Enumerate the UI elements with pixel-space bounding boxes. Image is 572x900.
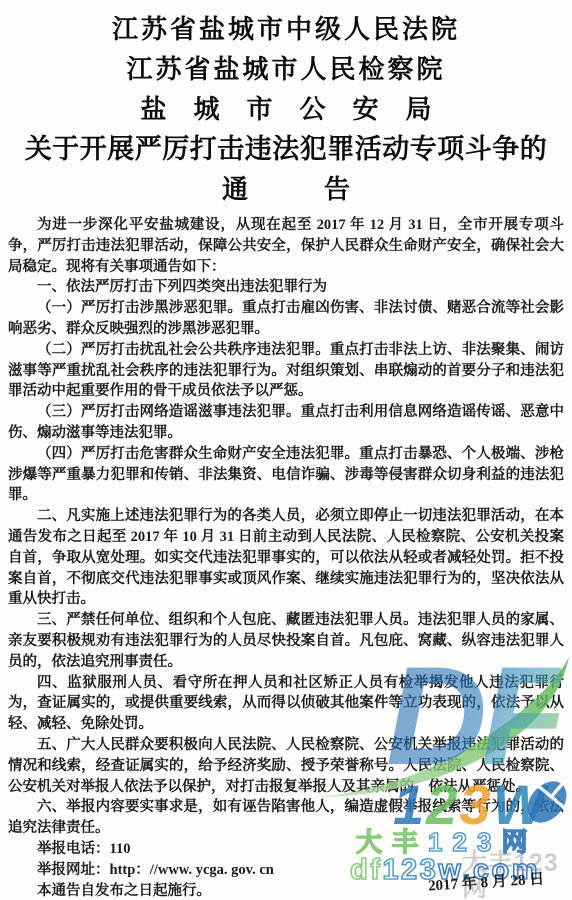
- paragraph: 举报电话：110: [8, 839, 564, 860]
- title-line: 关于开展严厉打击违法犯罪活动专项斗争的: [0, 129, 572, 169]
- paragraph: （四）严厉打击危害群众生命财产安全违法犯罪。重点打击暴恐、个人极端、涉枪涉爆等严…: [8, 444, 564, 506]
- paragraph: 一、依法严厉打击下列四类突出违法犯罪行为: [8, 277, 564, 298]
- notice-document: 江苏省盐城市中级人民法院江苏省盐城市人民检察院盐城市公安局关于开展严厉打击违法犯…: [0, 0, 572, 900]
- document-body: 为进一步深化平安盐城建设，从现在起至 2017 年 12 月 31 日，全市开展…: [0, 209, 572, 900]
- paragraph: （三）严厉打击网络造谣滋事违法犯罪。重点打击利用信息网络造谣传谣、恶意中伤、煽动…: [8, 402, 564, 444]
- paragraph: （二）严厉打击扰乱社会公共秩序违法犯罪。重点打击非法上访、非法聚集、闹访滋事等严…: [8, 340, 564, 402]
- paragraph: 四、监狱服刑人员、看守所在押人员和社区矫正人员有检举揭发他人违法犯罪行为，查证属…: [8, 673, 564, 735]
- paragraph: 为进一步深化平安盐城建设，从现在起至 2017 年 12 月 31 日，全市开展…: [8, 215, 564, 277]
- paragraph: 五、广大人民群众要积极向人民法院、人民检察院、公安机关举报违法犯罪活动的情况和线…: [8, 735, 564, 797]
- document-header: 江苏省盐城市中级人民法院江苏省盐城市人民检察院盐城市公安局关于开展严厉打击违法犯…: [0, 0, 572, 209]
- paragraph: 二、凡实施上述违法犯罪行为的各类人员，必须立即停止一切违法犯罪活动，在本通告发布…: [8, 506, 564, 610]
- paragraph: （一）严厉打击涉黑涉恶犯罪。重点打击雇凶伤害、非法讨债、赌恶合流等社会影响恶劣、…: [8, 298, 564, 340]
- title-line: 江苏省盐城市中级人民法院: [0, 9, 572, 49]
- title-line: 江苏省盐城市人民检察院: [0, 49, 572, 89]
- title-line: 通告: [0, 169, 572, 209]
- title-line: 盐城市公安局: [0, 89, 572, 129]
- paragraph: 三、严禁任何单位、组织和个人包庇、藏匿违法犯罪人员。违法犯罪人员的家属、亲友要积…: [8, 610, 564, 672]
- paragraph: 六、举报内容要实事求是，如有诬告陷害他人，编造虚假举报线索等行为的，依法追究法律…: [8, 797, 564, 839]
